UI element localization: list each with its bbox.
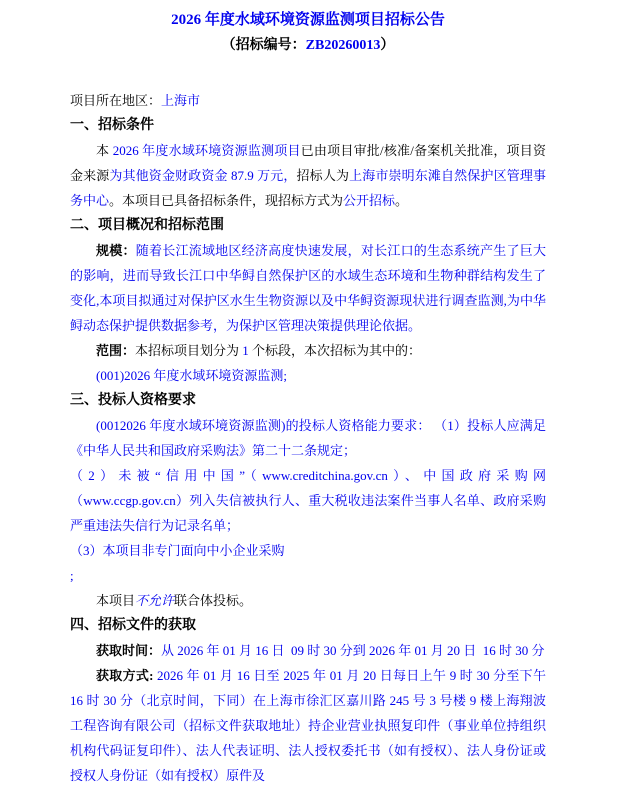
scale-description-text: 随着长江流域地区经济高度快速发展，对长江口的生态系统产生了巨大的影响，进而导致长… [70,243,546,333]
credit-china-text: （2）未被“信用中国”（www.creditchina.gov.cn）、中国政府… [70,468,546,533]
acquisition-time-label: 获取时间： [96,643,161,658]
text-segment: 。 [395,193,408,208]
credit-china-clause: （2）未被“信用中国”（www.creditchina.gov.cn）、中国政府… [70,463,546,538]
tender-number: ZB20260013 [306,38,381,53]
project-scope-paragraph: 范围：本招标项目划分为 1 个标段，本次招标为其中的： [70,338,546,363]
document-title: 2026 年度水域环境资源监测项目招标公告 [70,8,546,33]
text-segment: 招标人为 [297,168,350,183]
acquisition-method-value: 2026 年 01 月 16 日至 2025 年 01 月 20 日每日上午 9… [70,668,546,783]
tender-conditions-paragraph: 本 2026 年度水域环境资源监测项目已由项目审批/核准/备案机关批准，项目资金… [70,138,546,213]
project-location-line: 项目所在地区：上海市 [70,88,546,113]
project-location-value: 上海市 [161,93,200,108]
tender-number-line: （招标编号：ZB20260013） [70,33,546,58]
project-name-text: 2026 年度水域环境资源监测项目 [113,143,301,158]
stray-semicolon-line: ; [70,563,546,588]
not-allowed-text: 不允许 [135,593,174,608]
project-location-label: 项目所在地区： [70,93,161,108]
sme-procurement-clause: （3）本项目非专门面向中小企业采购 [70,538,546,563]
scale-label: 规模： [96,243,136,258]
acquisition-method-label: 获取方式: [96,668,157,683]
consortium-clause: 本项目不允许联合体投标。 [70,588,546,613]
scope-label: 范围： [96,343,135,358]
funding-source-text: 为其他资金财政资金 87.9 万元， [109,168,296,183]
section-heading-document-acquisition: 四、招标文件的获取 [70,613,546,638]
text-segment: 本 [96,143,113,158]
project-scale-paragraph: 规模：随着长江流域地区经济高度快速发展，对长江口的生态系统产生了巨大的影响，进而… [70,238,546,338]
lot-001-text: (001)2026 年度水域环境资源监测; [96,368,287,383]
text-segment: 本招标项目划分为 [135,343,242,358]
sme-procurement-text: （3）本项目非专门面向中小企业采购 [70,543,285,558]
text-segment: 。本项目已具备招标条件，现招标方式为 [109,193,343,208]
tender-announcement-page: 2026 年度水域环境资源监测项目招标公告 （招标编号：ZB20260013） … [0,0,624,796]
acquisition-time-line: 获取时间：从 2026 年 01 月 16 日 09 时 30 分到 2026 … [70,638,546,663]
bidder-qualification-paragraph: (0012026 年度水域环境资源监测)的投标人资格能力要求： （1）投标人应满… [70,413,546,463]
stray-semicolon: ; [70,568,74,583]
qualification-requirement-text: (0012026 年度水域环境资源监测)的投标人资格能力要求： （1）投标人应满… [70,418,546,458]
lot-001-line: (001)2026 年度水域环境资源监测; [70,363,546,388]
text-segment: 本项目 [96,593,135,608]
section-heading-tender-conditions: 一、招标条件 [70,113,546,138]
tender-number-suffix: ） [380,38,394,53]
acquisition-time-value: 从 2026 年 01 月 16 日 09 时 30 分到 2026 年 01 … [161,643,545,658]
tender-method-text: 公开招标 [343,193,395,208]
section-heading-bidder-qualification: 三、投标人资格要求 [70,388,546,413]
tender-number-prefix: （招标编号： [222,38,306,53]
section-heading-project-overview: 二、项目概况和招标范围 [70,213,546,238]
text-segment: 个标段，本次招标为其中的： [249,343,421,358]
acquisition-method-paragraph: 获取方式: 2026 年 01 月 16 日至 2025 年 01 月 20 日… [70,663,546,788]
text-segment: 联合体投标。 [174,593,252,608]
